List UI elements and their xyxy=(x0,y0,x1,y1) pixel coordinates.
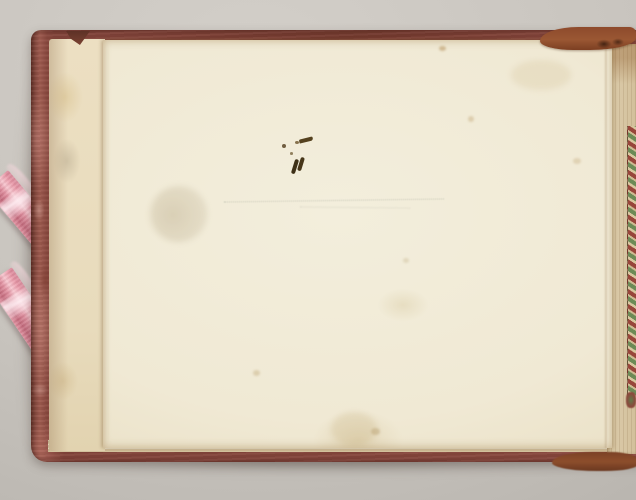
ink-dot xyxy=(282,144,286,148)
decorated-page-sliver xyxy=(627,126,636,398)
foxing-spot xyxy=(468,116,474,122)
blank-page xyxy=(103,40,612,448)
pastedown-strip xyxy=(49,39,105,451)
ink-hook-stroke xyxy=(299,136,313,143)
foxing-spot xyxy=(573,158,581,164)
faint-pencil-line xyxy=(300,206,410,213)
ink-marks-cluster xyxy=(280,132,320,178)
worn-leather-bottom-right xyxy=(552,452,636,471)
decorated-page-sliver-end xyxy=(626,392,636,408)
foxing-spot xyxy=(253,370,260,376)
page-stain xyxy=(511,60,571,90)
page-stain xyxy=(331,412,377,446)
ink-speck xyxy=(290,152,293,155)
page-right-crease xyxy=(604,44,608,448)
foxing-spot xyxy=(403,258,409,263)
foxing-spot xyxy=(439,46,446,51)
worn-leather-top-right xyxy=(540,27,636,50)
ink-hook-tail xyxy=(295,141,299,144)
page-smudge xyxy=(151,186,207,242)
photo-open-antique-book xyxy=(0,0,636,500)
